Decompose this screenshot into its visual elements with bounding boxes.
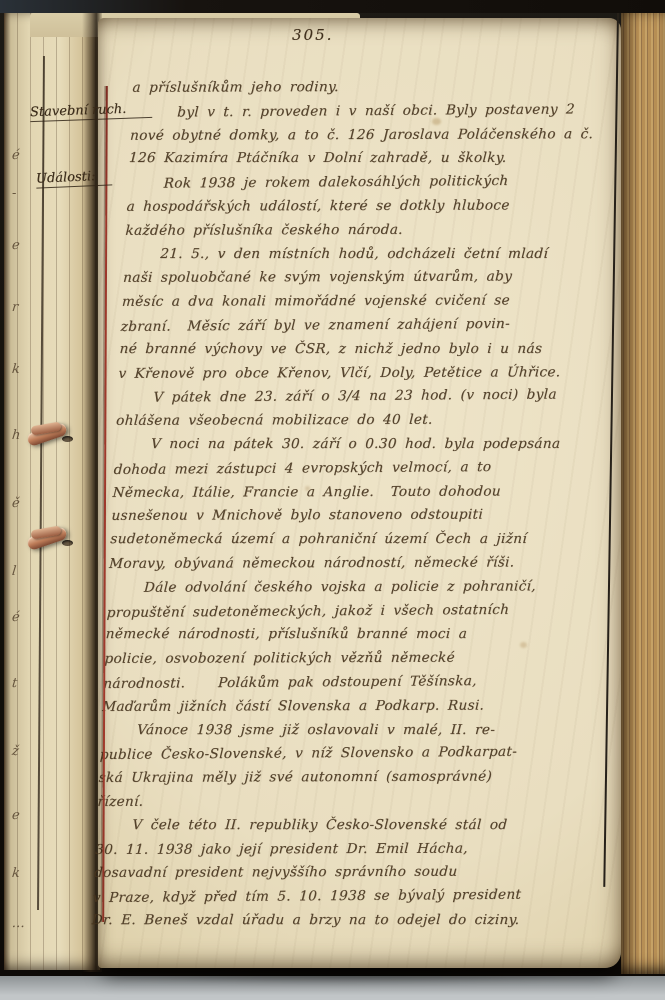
binding-hole [62, 436, 73, 442]
margin-heading-udalosti: Události: [36, 168, 113, 188]
text-fragment: … [11, 916, 26, 931]
text-fragment: t [11, 676, 18, 691]
handwriting-line: usnešenou v Mnichově bylo stanoveno odst… [111, 503, 614, 529]
handwriting-line: V čele této II. republiky Česko-Slovensk… [96, 814, 599, 838]
handwriting-line: ohlášena všeobecná mobilizace do 40 let. [115, 408, 618, 434]
handwriting-line: a hospodářských událostí, které se dotkl… [126, 194, 629, 220]
handwriting-line: Německa, Itálie, Francie a Anglie. Touto… [112, 480, 615, 506]
handwriting-line: řízení. [97, 789, 600, 815]
handwriting-line: dohoda mezi zástupci 4 evropských velmoc… [113, 455, 616, 483]
text-fragment: e [11, 808, 20, 823]
photo-scene: é-erkhělétžek… 305. Stavební ruch. Událo… [0, 0, 665, 1000]
handwriting-line: propuštění sudetoněmeckých, jakož i všec… [106, 598, 609, 626]
handwritten-text-block: a příslušníkům jeho rodiny.byl v t. r. p… [91, 75, 635, 934]
handwriting-line: Vánoce 1938 jsme již oslavovali v malé, … [100, 718, 603, 742]
handwriting-line: měsíc a dva konali mimořádné vojenské cv… [121, 289, 624, 315]
text-fragment: ž [11, 744, 19, 759]
page-number: 305. [292, 26, 333, 44]
handwriting-line: naši spoluobčané ke svým vojenským útvar… [122, 265, 625, 291]
handwriting-line: V noci na pátek 30. září o 0.30 hod. byl… [114, 433, 617, 457]
text-fragment: ě [11, 496, 20, 511]
text-fragment: r [11, 300, 19, 315]
text-fragment: h [11, 428, 21, 443]
handwriting-line: zbraní. Měsíc září byl ve znamení zaháje… [120, 312, 623, 340]
text-fragment: - [11, 186, 17, 201]
handwriting-line: byl v t. r. proveden i v naší obci. Byly… [131, 98, 634, 126]
handwriting-line: každého příslušníka českého národa. [125, 218, 628, 244]
handwriting-line: Dále odvolání českého vojska a policie z… [107, 575, 610, 601]
text-fragment: é [11, 148, 20, 163]
binding-hole [62, 540, 73, 546]
handwriting-line: Moravy, obývaná německou národností, něm… [109, 551, 612, 577]
handwriting-line: publice Česko-Slovenské, v níž Slovensko… [99, 740, 602, 768]
handwriting-line: ská Ukrajina měly již své autonomní (sam… [98, 765, 601, 791]
handwriting-line: 126 Kazimíra Ptáčníka v Dolní zahradě, u… [128, 147, 631, 171]
text-fragment: k [11, 362, 20, 377]
handwriting-line: policie, osvobození politických vězňů ně… [104, 646, 607, 672]
handwriting-line: dosavadní president nejvyššího správního… [93, 860, 596, 886]
photo-top-edge [0, 0, 665, 13]
handwriting-line: né branné výchovy ve ČSR, z nichž jedno … [119, 338, 622, 362]
handwriting-line: Dr. E. Beneš vzdal úřadu a brzy na to od… [91, 909, 594, 933]
handwriting-line: 21. 5., v den místních hodů, odcházeli č… [124, 242, 627, 266]
handwriting-line: a příslušníkům jeho rodiny. [132, 75, 635, 101]
handwriting-line: V pátek dne 23. září o 3/4 na 23 hod. (v… [117, 383, 620, 411]
handwriting-line: sudetoněmecká území a pohraniční území Č… [110, 528, 613, 552]
text-fragment: l [11, 564, 17, 579]
text-fragment: k [11, 866, 20, 881]
handwriting-line: národnosti. Polákům pak odstoupení Těšín… [103, 669, 606, 697]
text-fragment: é [11, 610, 20, 625]
text-fragment: e [11, 238, 20, 253]
handwriting-line: v Křenově pro obce Křenov, Vlčí, Doly, P… [118, 361, 621, 387]
right-page-stack-fore-edge [621, 0, 665, 974]
handwriting-line: Rok 1938 je rokem dalekosáhlých politick… [127, 169, 630, 197]
handwriting-line: Maďarům jižních částí Slovenska a Podkar… [102, 694, 605, 720]
previous-page-text-fragments: é-erkhělétžek… [4, 8, 38, 970]
handwriting-line: v Praze, když před tím 5. 10. 1938 se bý… [92, 883, 595, 911]
handwriting-line: německé národnosti, příslušníků branné m… [105, 623, 608, 647]
handwriting-line: 30. 11. 1938 jako její president Dr. Emi… [95, 837, 598, 863]
handwriting-line: nové obytné domky, a to č. 126 Jaroslava… [129, 123, 632, 149]
